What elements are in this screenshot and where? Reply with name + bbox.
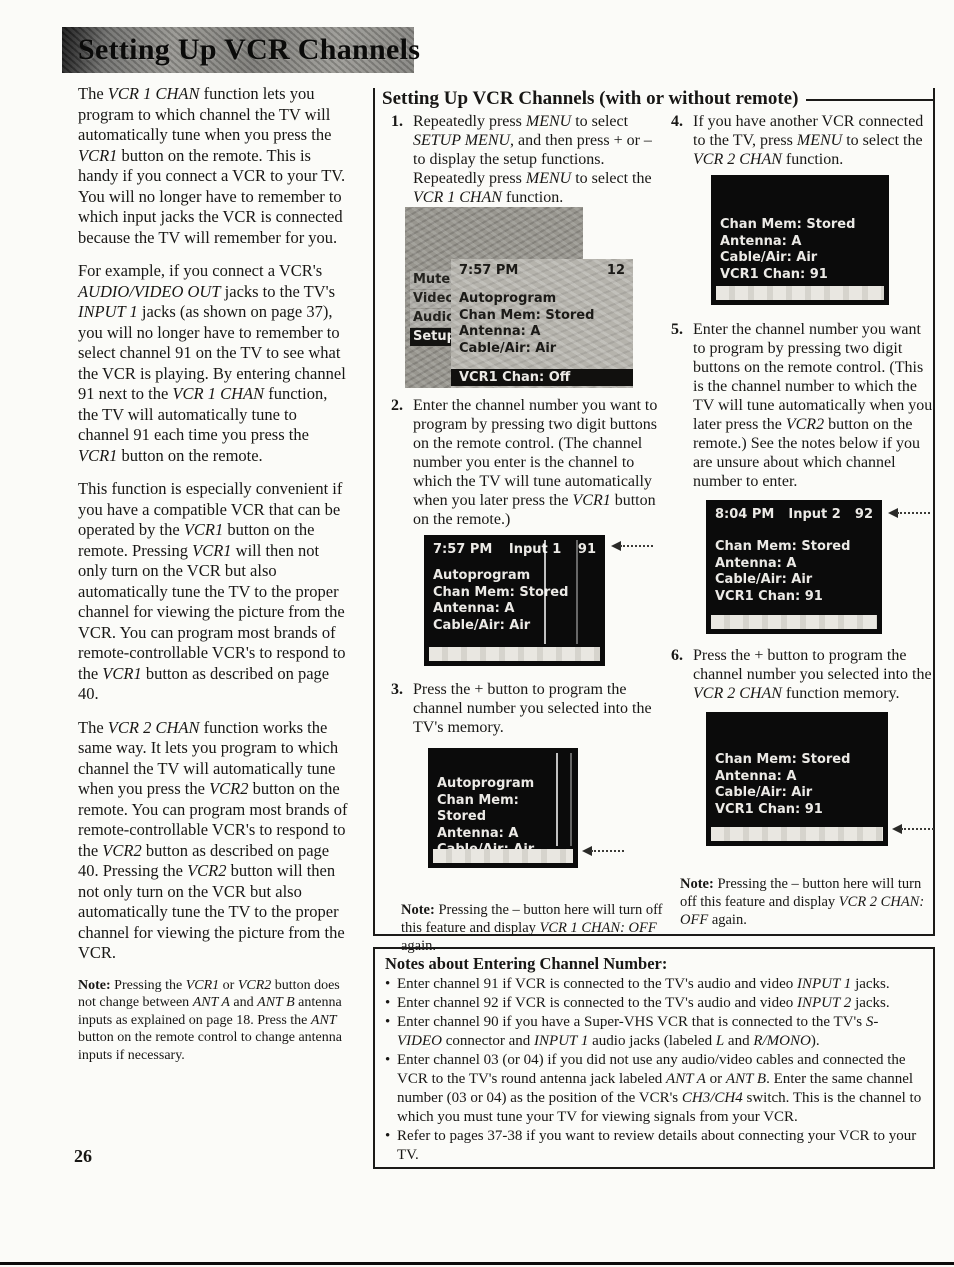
osd-input: Input 1: [509, 542, 561, 558]
osd-line: Chan Mem: Stored: [437, 793, 569, 826]
note-bullet-text: Enter channel 92 if VCR is connected to …: [397, 995, 890, 1011]
osd-line: Chan Mem: Stored: [715, 752, 879, 769]
osd-line: Antenna: A: [437, 826, 569, 843]
osd-line: Cable/Air: Air: [715, 785, 879, 802]
osd-highlight-bar: [716, 286, 884, 300]
osd-line: Antenna: A: [715, 769, 879, 786]
arrow-left-icon: [892, 824, 934, 834]
osd-top-row: 8:04 PM Input 2 92: [715, 507, 873, 523]
step-5: 5. Enter the channel number you want to …: [669, 320, 935, 491]
osd-highlight-bar: [711, 827, 883, 841]
arrow-left-icon: [611, 541, 653, 551]
osd-channel: 92: [855, 507, 873, 523]
note-text: Pressing the – button here will turn off…: [680, 876, 924, 928]
osd-top-row: 7:57 PM Input 1 91: [433, 542, 596, 558]
header-banner: Setting Up VCR Channels: [62, 27, 414, 73]
step-text: Enter the channel number you want to pro…: [693, 321, 932, 490]
osd-highlight-bar: [433, 849, 573, 863]
step-text: Repeatedly press MENU to select SETUP ME…: [413, 113, 652, 206]
osd-line: Autoprogram: [459, 291, 625, 308]
osd-line: Antenna: A: [720, 234, 880, 251]
osd-line: Autoprogram: [433, 568, 596, 585]
step-4: 4. If you have another VCR connected to …: [669, 112, 931, 169]
osd-lines: Chan Mem: Stored Antenna: A Cable/Air: A…: [715, 752, 879, 818]
title-rule: [806, 99, 933, 101]
arrow-left-icon: [582, 846, 624, 856]
osd-line: Antenna: A: [459, 324, 625, 341]
step-text: Press the + button to program the channe…: [413, 681, 652, 736]
note-text: Pressing the – button here will turn off…: [401, 902, 663, 954]
step-number: 4.: [671, 112, 683, 131]
osd-line: Cable/Air: Air: [720, 250, 880, 267]
osd-lines: Autoprogram Chan Mem: Stored Antenna: A …: [451, 278, 633, 357]
bullet-icon: •: [385, 994, 390, 1013]
osd-highlight-bar: [711, 615, 877, 629]
manual-page: Setting Up VCR Channels The VCR 1 CHAN f…: [0, 0, 954, 1267]
step-1: 1. Repeatedly press MENU to select SETUP…: [389, 112, 665, 207]
note-bullet: •Enter channel 92 if VCR is connected to…: [385, 994, 923, 1013]
notes-box: Notes about Entering Channel Number: •En…: [373, 947, 935, 1169]
scan-artifact-line: [0, 1262, 954, 1265]
note-bullet-text: Enter channel 91 if VCR is connected to …: [397, 976, 890, 992]
osd-time: 7:57 PM: [459, 263, 518, 278]
paragraph: This function is especially convenient i…: [78, 479, 348, 705]
osd-lines: Chan Mem: Stored Antenna: A Cable/Air: A…: [720, 217, 880, 283]
step-6: 6. Press the + button to program the cha…: [669, 646, 935, 703]
osd-line: Chan Mem: Stored: [459, 308, 625, 325]
step-number: 6.: [671, 646, 683, 665]
note-label: Note:: [78, 978, 111, 993]
note-bullet: •Enter channel 03 (or 04) if you did not…: [385, 1051, 923, 1127]
bullet-icon: •: [385, 1013, 390, 1032]
tv-screen-setup-menu: Mute Video Audio Setup 7:57 PM 12 Autopr…: [405, 207, 633, 388]
note-text: Pressing the VCR1 or VCR2 button does no…: [78, 978, 342, 1063]
notes-box-title: Notes about Entering Channel Number:: [385, 954, 923, 973]
tv-screen-input1: 7:57 PM Input 1 91 Autoprogram Chan Mem:…: [424, 535, 605, 666]
crt-artifact-line: [544, 540, 546, 644]
step-3: 3. Press the + button to program the cha…: [389, 680, 669, 737]
bullet-icon: •: [385, 975, 390, 994]
osd-line: Cable/Air: Air: [715, 572, 873, 589]
crt-artifact-line: [576, 540, 578, 644]
menu-item-mute: Mute: [410, 271, 453, 289]
paragraph: The VCR 2 CHAN function works the same w…: [78, 718, 348, 964]
osd-line: Antenna: A: [433, 601, 596, 618]
paragraph: For example, if you connect a VCR's AUDI…: [78, 261, 348, 466]
osd-line: Chan Mem: Stored: [720, 217, 880, 234]
step-number: 1.: [391, 112, 403, 131]
crt-artifact-line: [556, 753, 558, 846]
osd-time: 7:57 PM: [433, 542, 492, 558]
osd-input: Input 2: [788, 507, 840, 523]
note-bullet-text: Refer to pages 37-38 if you want to revi…: [397, 1128, 916, 1163]
osd-highlight-row: VCR1 Chan: Off: [451, 369, 633, 386]
note-bullet: •Enter channel 90 if you have a Super-VH…: [385, 1013, 923, 1051]
osd-line: Chan Mem: Stored: [433, 585, 596, 602]
tv-screen-input2: 8:04 PM Input 2 92 Chan Mem: Stored Ante…: [706, 500, 882, 634]
arrow-left-icon: [888, 508, 930, 518]
osd-line: Cable/Air: Air: [459, 341, 625, 358]
osd-lines: Autoprogram Chan Mem: Stored Antenna: A …: [433, 568, 596, 634]
osd-line: VCR1 Chan: 91: [720, 267, 880, 284]
osd-time: 8:04 PM: [715, 507, 774, 523]
osd-line: Chan Mem: Stored: [715, 539, 873, 556]
osd-line: Autoprogram: [437, 776, 569, 793]
note: Note: Pressing the VCR1 or VCR2 button d…: [78, 977, 348, 1065]
notes-list: •Enter channel 91 if VCR is connected to…: [385, 975, 923, 1165]
bullet-icon: •: [385, 1127, 390, 1146]
step-number: 5.: [671, 320, 683, 339]
tv-screen-vcr2-program: Chan Mem: Stored Antenna: A Cable/Air: A…: [706, 712, 888, 846]
tv-screen-vcr1-91: Chan Mem: Stored Antenna: A Cable/Air: A…: [711, 175, 889, 305]
note: Note: Pressing the – button here will tu…: [680, 875, 926, 929]
osd-lines: Chan Mem: Stored Antenna: A Cable/Air: A…: [715, 539, 873, 605]
note-bullet-text: Enter channel 90 if you have a Super-VHS…: [397, 1014, 878, 1049]
note-label: Note:: [401, 902, 435, 918]
page-number: 26: [74, 1146, 92, 1167]
osd-line: Cable/Air: Air: [433, 618, 596, 635]
left-column: The VCR 1 CHAN function lets you program…: [78, 84, 348, 1077]
paragraph: The VCR 1 CHAN function lets you program…: [78, 84, 348, 248]
step-text: If you have another VCR connected to the…: [693, 113, 923, 168]
step-number: 3.: [391, 680, 403, 699]
osd-lines: Autoprogram Chan Mem: Stored Antenna: A …: [437, 776, 569, 859]
step-number: 2.: [391, 396, 403, 415]
step-text: Enter the channel number you want to pro…: [413, 397, 657, 528]
note-label: Note:: [680, 876, 714, 892]
steps-box-header: Setting Up VCR Channels (with or without…: [375, 88, 933, 114]
crt-artifact-line: [570, 753, 572, 846]
steps-box-title: Setting Up VCR Channels (with or without…: [382, 88, 798, 110]
step-2: 2. Enter the channel number you want to …: [389, 396, 669, 529]
osd-top-row: 7:57 PM 12: [451, 259, 633, 278]
osd-setup-panel: 7:57 PM 12 Autoprogram Chan Mem: Stored …: [451, 259, 633, 388]
steps-box: Setting Up VCR Channels (with or without…: [373, 88, 935, 936]
step-text: Press the + button to program the channe…: [693, 647, 932, 702]
note-bullet-text: Enter channel 03 (or 04) if you did not …: [397, 1052, 921, 1125]
osd-line: Antenna: A: [715, 556, 873, 573]
osd-highlight-bar: [429, 647, 600, 661]
osd-channel: 91: [578, 542, 596, 558]
osd-line: VCR1 Chan: 91: [715, 802, 879, 819]
page-title: Setting Up VCR Channels: [62, 33, 420, 67]
tv-screen-program: Autoprogram Chan Mem: Stored Antenna: A …: [428, 748, 578, 868]
note-bullet: •Enter channel 91 if VCR is connected to…: [385, 975, 923, 994]
bullet-icon: •: [385, 1051, 390, 1070]
osd-line: VCR1 Chan: 91: [715, 589, 873, 606]
note-bullet: •Refer to pages 37-38 if you want to rev…: [385, 1127, 923, 1165]
osd-channel: 12: [607, 263, 625, 278]
